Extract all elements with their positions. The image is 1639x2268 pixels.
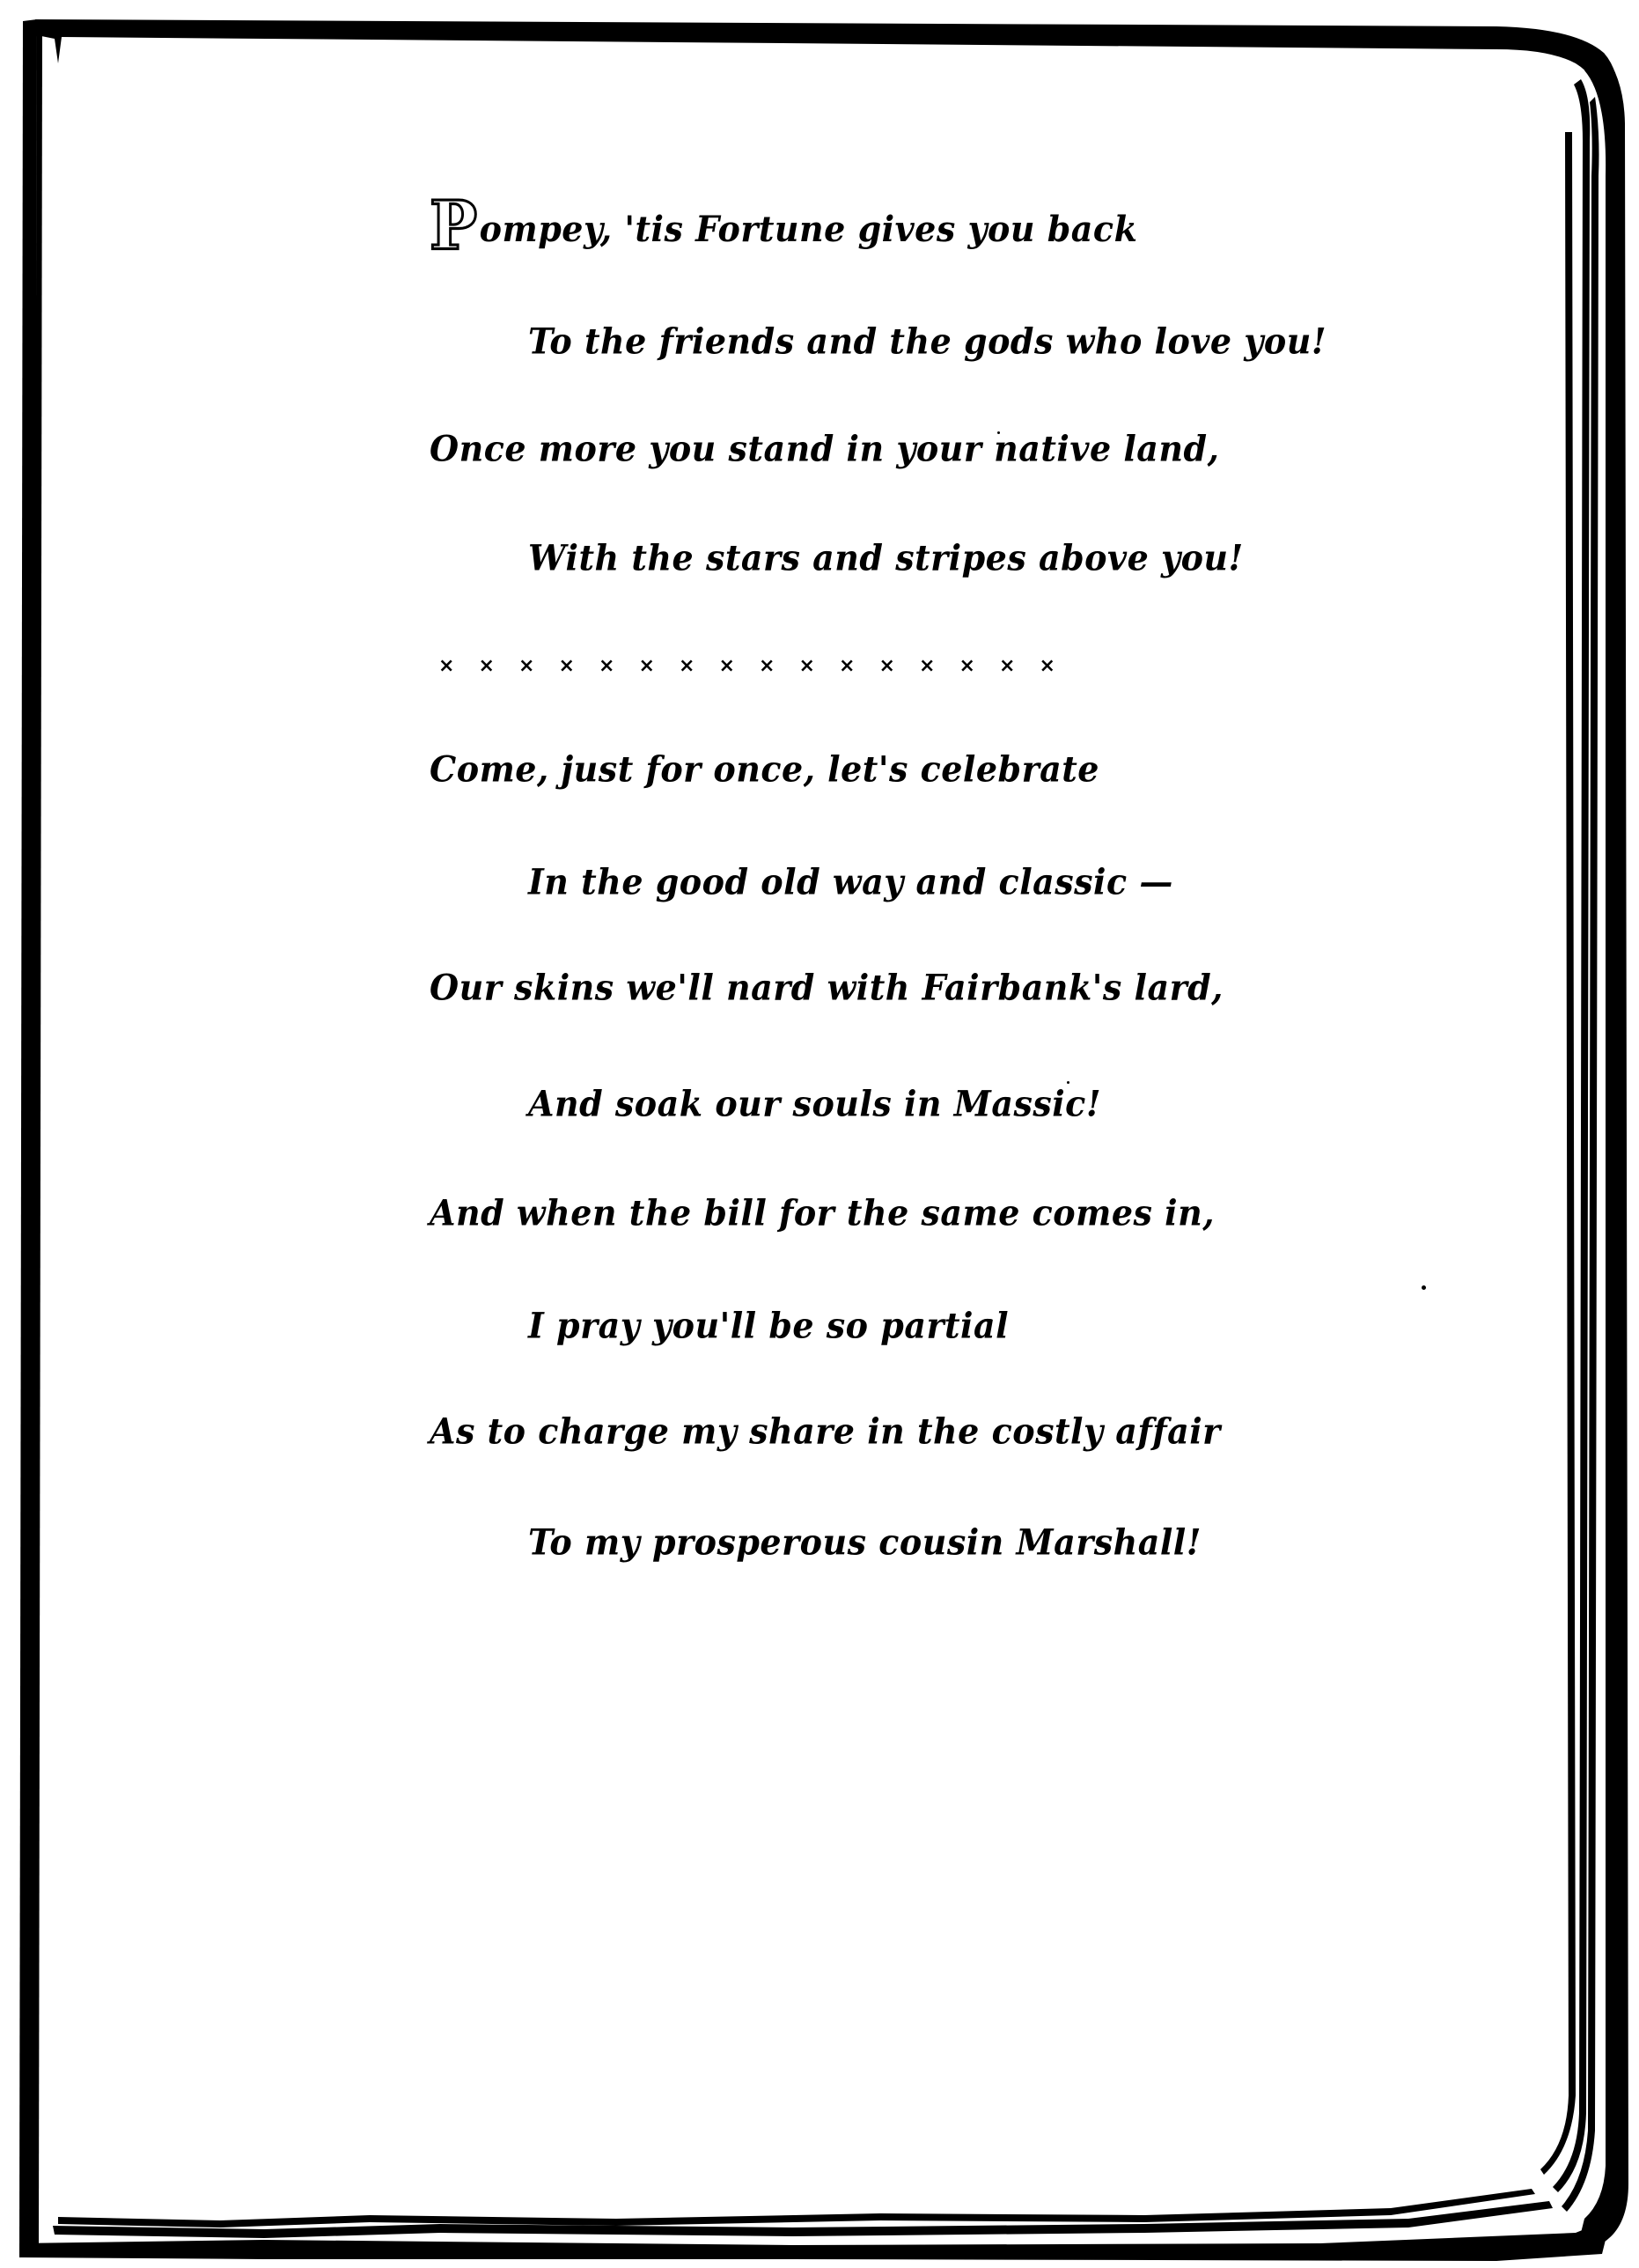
ink-speck <box>1422 1285 1426 1290</box>
poem-line-text: ompey, 'tis Fortune gives you back <box>480 208 1138 249</box>
poem-line-2: To the friends and the gods who love you… <box>528 320 1327 362</box>
cross-mark: × <box>999 655 1040 677</box>
poem-line-3: Once more you stand in your native land, <box>430 428 1219 469</box>
poem-line-4: With the stars and stripes above you! <box>528 537 1244 578</box>
poem-line-10: I pray you'll be so partial <box>528 1305 1009 1346</box>
ink-speck <box>997 431 1000 434</box>
cross-mark: × <box>879 655 920 677</box>
cross-mark: × <box>679 655 719 677</box>
cross-mark: × <box>919 655 959 677</box>
cross-mark: × <box>799 655 840 677</box>
poem-line-1: Pompey, 'tis Fortune gives you back <box>430 192 1137 259</box>
cross-mark: × <box>518 655 559 677</box>
cross-mark: × <box>1040 655 1080 677</box>
poem-line-9: And when the bill for the same comes in, <box>430 1192 1215 1233</box>
cross-mark: × <box>639 655 680 677</box>
poem-line-7: Our skins we'll nard with Fairbank's lar… <box>430 967 1224 1008</box>
handwritten-poem: Pompey, 'tis Fortune gives you back To t… <box>0 0 1639 2268</box>
poem-line-5: Come, just for once, let's celebrate <box>430 748 1099 790</box>
drop-cap-letter: P <box>430 186 478 264</box>
poem-line-11: As to charge my share in the costly affa… <box>430 1410 1221 1452</box>
ink-speck <box>1067 1081 1069 1084</box>
poem-line-12: To my prosperous cousin Marshall! <box>528 1521 1202 1563</box>
stanza-separator: × × × × × × × × × × × × × × × × <box>438 655 1079 677</box>
cross-mark: × <box>839 655 879 677</box>
cross-mark: × <box>959 655 1000 677</box>
cross-mark: × <box>479 655 519 677</box>
cross-mark: × <box>759 655 799 677</box>
cross-mark: × <box>559 655 599 677</box>
poem-line-8: And soak our souls in Massic! <box>528 1083 1101 1124</box>
cross-mark: × <box>599 655 639 677</box>
poem-line-6: In the good old way and classic — <box>528 861 1173 902</box>
cross-mark: × <box>438 655 479 677</box>
cross-mark: × <box>719 655 760 677</box>
